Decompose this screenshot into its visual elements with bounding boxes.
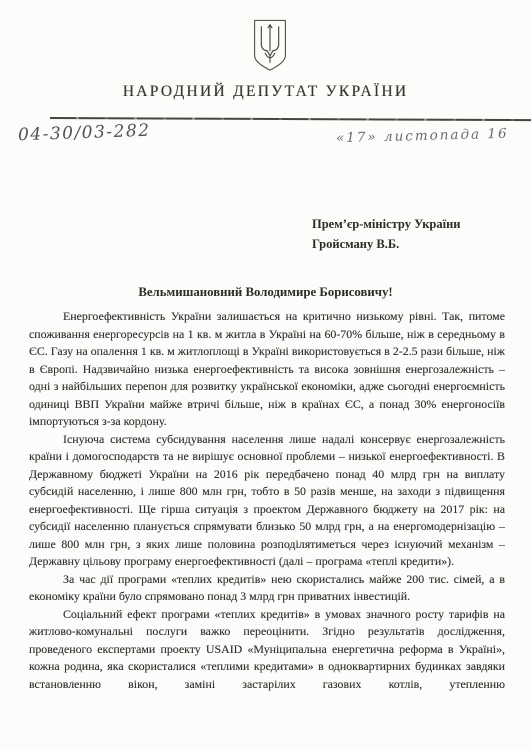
scanned-letter-page: НАРОДНИЙ ДЕПУТАТ УКРАЇНИ 04-30/03-282 «1…	[0, 0, 531, 750]
letterhead-title: НАРОДНИЙ ДЕПУТАТ УКРАЇНИ	[0, 83, 531, 101]
handwritten-ref-number: 04-30/03-282	[18, 121, 151, 146]
handwritten-date: «17» листопада 16	[336, 126, 509, 147]
addressee-title: Прем’єр-міністру України	[312, 214, 461, 234]
letterhead-divider-line	[50, 117, 531, 121]
salutation: Вельмишановний Володимире Борисовичу!	[0, 285, 531, 300]
body-paragraph: Енергоефективність України залишається н…	[29, 308, 505, 431]
addressee-name: Гройсману В.Б.	[312, 234, 461, 254]
addressee-block: Прем’єр-міністру України Гройсману В.Б.	[312, 214, 461, 254]
body-paragraph: Існуюча система субсидування населення л…	[29, 431, 505, 571]
body-paragraph: За час дії програми «теплих кредитів» не…	[29, 571, 505, 606]
ukraine-trident-emblem-icon	[251, 19, 289, 73]
letter-body: Енергоефективність України залишається н…	[29, 308, 505, 693]
body-paragraph-cut-off: Соціальний ефект програми «теплих кредит…	[29, 606, 505, 694]
